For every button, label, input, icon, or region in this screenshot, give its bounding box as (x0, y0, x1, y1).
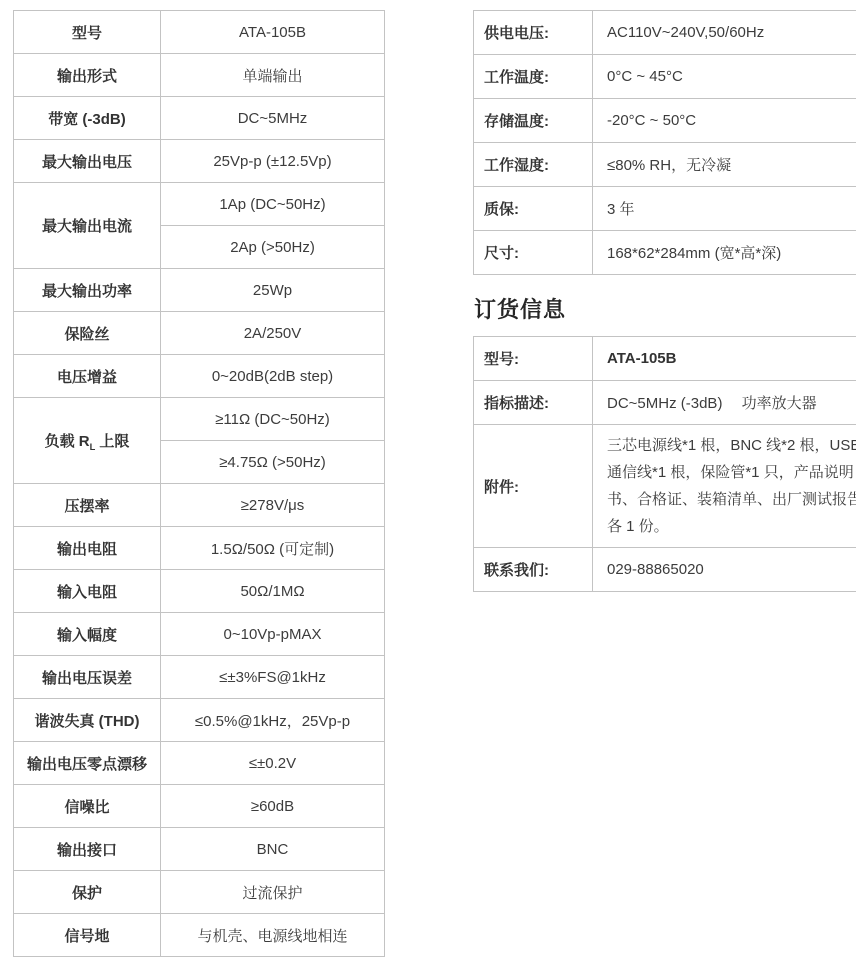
order-row: 联系我们: 029-88865020 (474, 548, 856, 592)
order-key: 指标描述: (474, 381, 593, 425)
env-key: 工作温度: (474, 55, 593, 99)
env-row: 存储温度: -20°C ~ 50°C (474, 99, 856, 143)
env-value: 3 年 (593, 187, 856, 231)
env-value: 168*62*284mm (宽*高*深) (593, 231, 856, 275)
env-key: 供电电压: (474, 11, 593, 55)
order-row: 附件: 三芯电源线*1 根，BNC 线*2 根，USB 通信线*1 根，保险管*… (474, 425, 856, 548)
spec-value: BNC (161, 828, 385, 871)
spec-table: 型号 ATA-105B 输出形式 单端输出 带宽 (-3dB) DC~5MHz … (13, 10, 385, 957)
spec-row: 最大输出功率 25Wp (14, 269, 385, 312)
spec-row: 输出接口 BNC (14, 828, 385, 871)
spec-row: 信号地 与机壳、电源线地相连 (14, 914, 385, 957)
order-contact-value: 029-88865020 (593, 548, 856, 592)
spec-value: ≤±3%FS@1kHz (161, 656, 385, 699)
spec-label: 输出形式 (14, 54, 161, 97)
spec-row: 信噪比 ≥60dB (14, 785, 385, 828)
environment-table: 供电电压: AC110V~240V,50/60Hz 工作温度: 0°C ~ 45… (473, 10, 856, 275)
spec-value: ≥4.75Ω (>50Hz) (161, 441, 385, 484)
spec-row: 型号 ATA-105B (14, 11, 385, 54)
spec-label: 输出电压零点漂移 (14, 742, 161, 785)
load-label-pre: 负载 R (45, 433, 90, 450)
spec-label: 保护 (14, 871, 161, 914)
env-value: -20°C ~ 50°C (593, 99, 856, 143)
spec-label: 电压增益 (14, 355, 161, 398)
spec-value: 1.5Ω/50Ω (可定制) (161, 527, 385, 570)
order-key: 联系我们: (474, 548, 593, 592)
spec-label: 输出电压误差 (14, 656, 161, 699)
spec-value: 2A/250V (161, 312, 385, 355)
spec-label: 信噪比 (14, 785, 161, 828)
spec-value: ≥60dB (161, 785, 385, 828)
spec-label: 输入幅度 (14, 613, 161, 656)
order-key: 型号: (474, 337, 593, 381)
spec-value: 2Ap (>50Hz) (161, 226, 385, 269)
env-key: 尺寸: (474, 231, 593, 275)
env-key: 质保: (474, 187, 593, 231)
order-row: 指标描述: DC~5MHz (-3dB) 功率放大器 (474, 381, 856, 425)
spec-row: 最大输出电流 1Ap (DC~50Hz) (14, 183, 385, 226)
spec-value: ≥278V/μs (161, 484, 385, 527)
spec-row: 输入电阻 50Ω/1MΩ (14, 570, 385, 613)
spec-label: 最大输出功率 (14, 269, 161, 312)
spec-row: 保险丝 2A/250V (14, 312, 385, 355)
spec-label: 最大输出电流 (14, 183, 161, 269)
spec-row: 最大输出电压 25Vp-p (±12.5Vp) (14, 140, 385, 183)
right-column: 供电电压: AC110V~240V,50/60Hz 工作温度: 0°C ~ 45… (473, 10, 844, 592)
spec-label: 谐波失真 (THD) (14, 699, 161, 742)
env-row: 工作温度: 0°C ~ 45°C (474, 55, 856, 99)
spec-label: 输出电阻 (14, 527, 161, 570)
spec-label: 带宽 (-3dB) (14, 97, 161, 140)
spec-row: 输入幅度 0~10Vp-pMAX (14, 613, 385, 656)
spec-value: 0~10Vp-pMAX (161, 613, 385, 656)
env-value: 0°C ~ 45°C (593, 55, 856, 99)
spec-value: 0~20dB(2dB step) (161, 355, 385, 398)
spec-value: 单端输出 (161, 54, 385, 97)
spec-value: 25Wp (161, 269, 385, 312)
env-key: 存储温度: (474, 99, 593, 143)
spec-label: 输入电阻 (14, 570, 161, 613)
order-info-heading: 订货信息 (474, 293, 844, 324)
spec-row: 电压增益 0~20dB(2dB step) (14, 355, 385, 398)
spec-row: 负载 RL 上限 ≥11Ω (DC~50Hz) (14, 398, 385, 441)
spec-row: 压摆率 ≥278V/μs (14, 484, 385, 527)
env-value: ≤80% RH，无冷凝 (593, 143, 856, 187)
spec-label: 最大输出电压 (14, 140, 161, 183)
env-value: AC110V~240V,50/60Hz (593, 11, 856, 55)
spec-value: ≥11Ω (DC~50Hz) (161, 398, 385, 441)
spec-label: 型号 (14, 11, 161, 54)
spec-value: 25Vp-p (±12.5Vp) (161, 140, 385, 183)
spec-row: 输出电压零点漂移 ≤±0.2V (14, 742, 385, 785)
spec-row: 输出电阻 1.5Ω/50Ω (可定制) (14, 527, 385, 570)
spec-row: 谐波失真 (THD) ≤0.5%@1kHz，25Vp-p (14, 699, 385, 742)
env-row: 供电电压: AC110V~240V,50/60Hz (474, 11, 856, 55)
env-key: 工作湿度: (474, 143, 593, 187)
spec-value: DC~5MHz (161, 97, 385, 140)
load-label-post: 上限 (95, 433, 129, 450)
spec-value: 与机壳、电源线地相连 (161, 914, 385, 957)
spec-value: ATA-105B (161, 11, 385, 54)
order-model-value: ATA-105B (593, 337, 856, 381)
spec-label: 输出接口 (14, 828, 161, 871)
spec-label: 保险丝 (14, 312, 161, 355)
env-row: 工作湿度: ≤80% RH，无冷凝 (474, 143, 856, 187)
spec-row: 输出电压误差 ≤±3%FS@1kHz (14, 656, 385, 699)
spec-value: ≤±0.2V (161, 742, 385, 785)
order-table: 型号: ATA-105B 指标描述: DC~5MHz (-3dB) 功率放大器 … (473, 336, 856, 592)
order-accessories-value: 三芯电源线*1 根，BNC 线*2 根，USB 通信线*1 根，保险管*1 只，… (593, 425, 856, 548)
spec-label: 压摆率 (14, 484, 161, 527)
order-spec-value: DC~5MHz (-3dB) 功率放大器 (593, 381, 856, 425)
order-key: 附件: (474, 425, 593, 548)
spec-value: 过流保护 (161, 871, 385, 914)
spec-label: 负载 RL 上限 (14, 398, 161, 484)
order-row: 型号: ATA-105B (474, 337, 856, 381)
spec-value: 50Ω/1MΩ (161, 570, 385, 613)
env-row: 尺寸: 168*62*284mm (宽*高*深) (474, 231, 856, 275)
spec-row: 带宽 (-3dB) DC~5MHz (14, 97, 385, 140)
spec-label: 信号地 (14, 914, 161, 957)
spec-value: ≤0.5%@1kHz，25Vp-p (161, 699, 385, 742)
spec-row: 输出形式 单端输出 (14, 54, 385, 97)
spec-value: 1Ap (DC~50Hz) (161, 183, 385, 226)
env-row: 质保: 3 年 (474, 187, 856, 231)
spec-row: 保护 过流保护 (14, 871, 385, 914)
